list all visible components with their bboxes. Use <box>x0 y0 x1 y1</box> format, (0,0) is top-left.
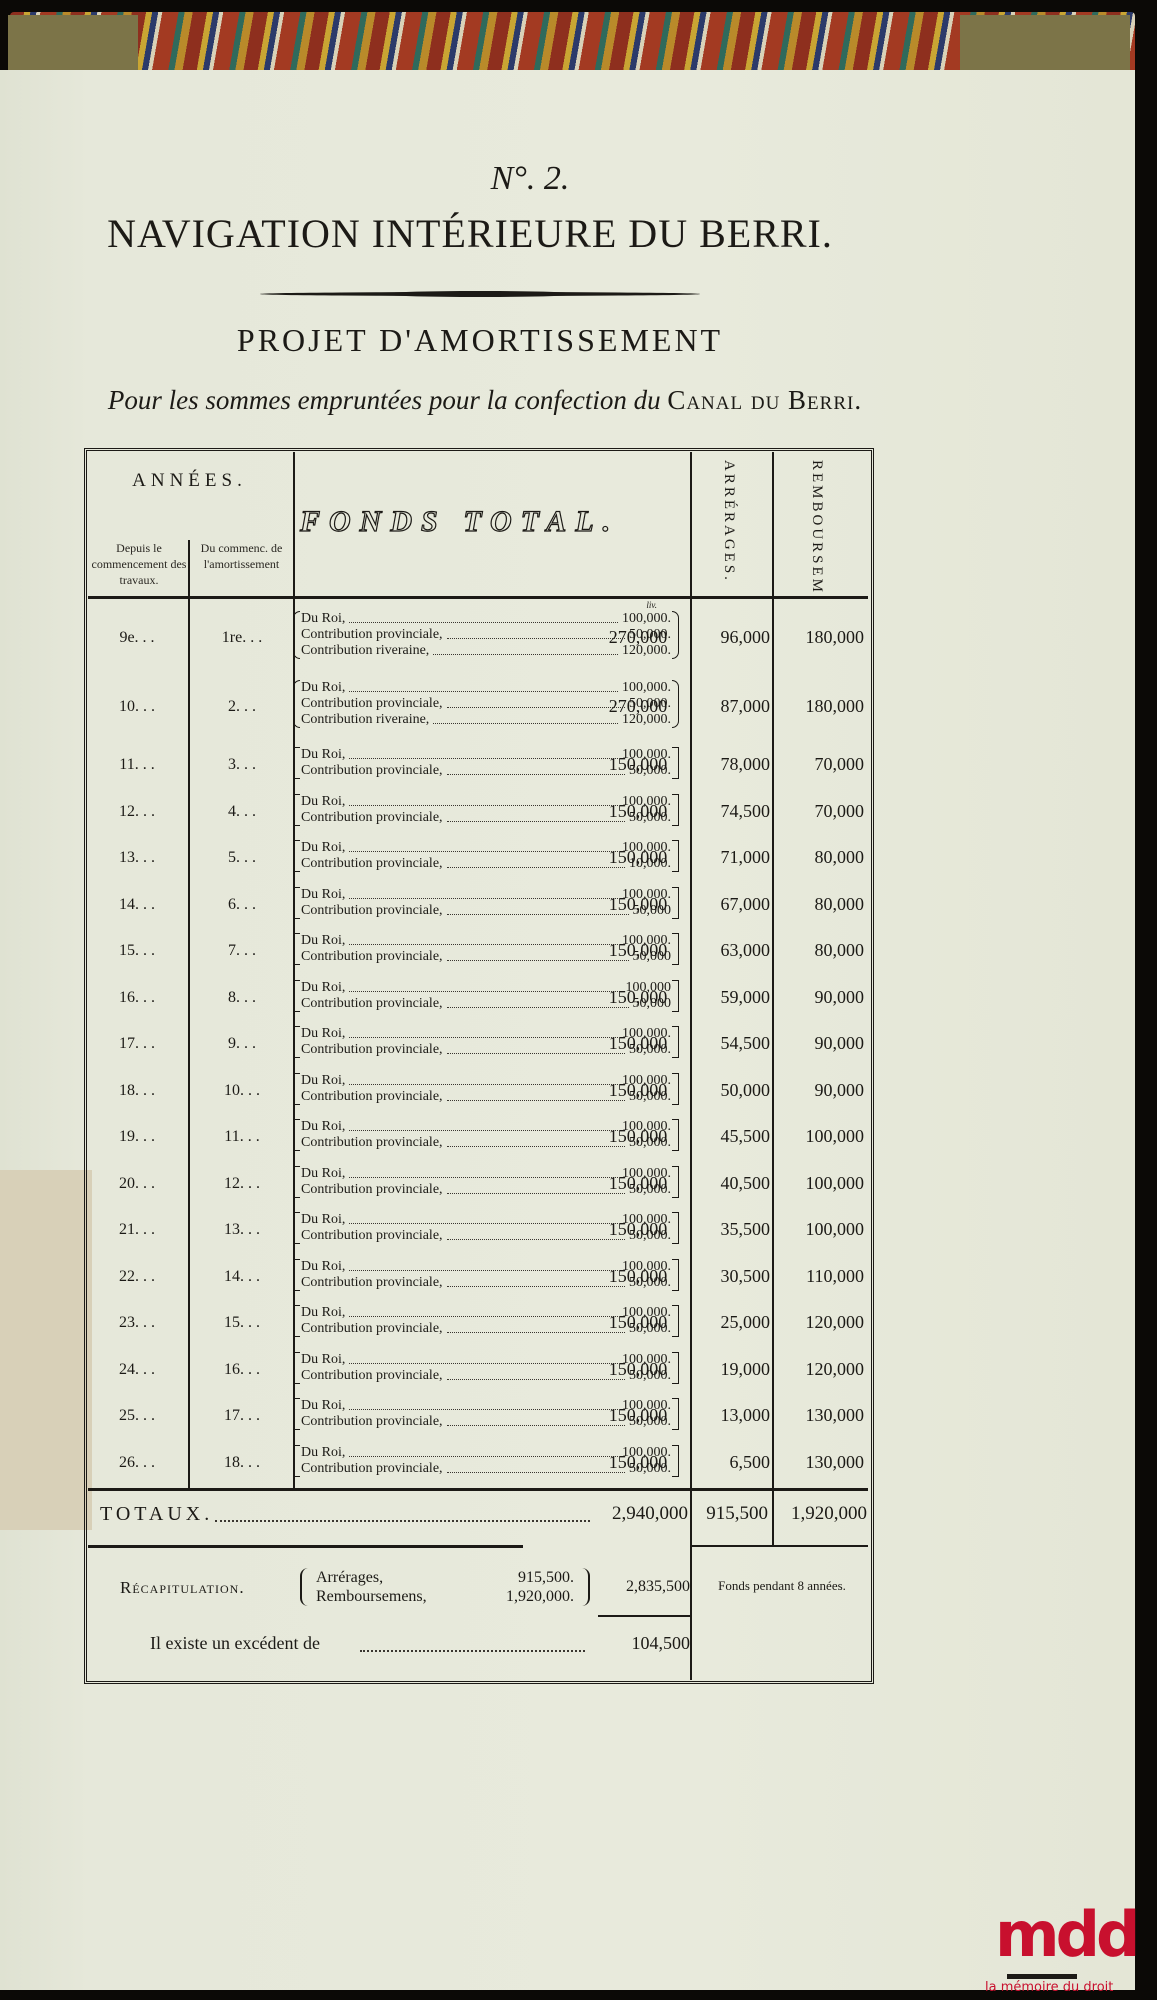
label-contrib-prov: Contribution provinciale, <box>301 1275 443 1291</box>
annee-travaux: 15. . . <box>88 942 186 960</box>
bracket-left <box>293 680 300 728</box>
label-du-roi: Du Roi, <box>301 680 345 696</box>
leader-dots <box>349 1305 618 1317</box>
arrerages-value: 35,500 <box>688 1219 770 1240</box>
label-contrib-prov: Contribution provinciale, <box>301 903 443 919</box>
leader-dots <box>349 1445 618 1457</box>
label-contrib-prov: Contribution provinciale, <box>301 1042 443 1058</box>
annee-amortissement: 4. . . <box>188 803 296 821</box>
annee-amortissement: 12. . . <box>188 1175 296 1193</box>
table-row: 14. . .6. . .Du Roi,100,000.Contribution… <box>88 883 868 929</box>
line-du-roi: Du Roi,100,000. <box>293 611 683 627</box>
header-annees: ANNÉES. <box>92 470 287 492</box>
label-contrib-riv: Contribution riveraine, <box>301 643 429 659</box>
bracket-left <box>293 1073 300 1105</box>
annee-amortissement: 10. . . <box>188 1082 296 1100</box>
annee-amortissement: 2. . . <box>188 698 296 716</box>
table-row: 19. . .11. . .Du Roi,100,000.Contributio… <box>88 1115 868 1161</box>
fonds-total-value: 150,000 <box>588 847 688 868</box>
table-row: 15. . .7. . .Du Roi,100,000.Contribution… <box>88 929 868 975</box>
arrerages-value: 87,000 <box>688 696 770 717</box>
arrerages-value: 45,500 <box>688 1126 770 1147</box>
arrerages-value: 40,500 <box>688 1173 770 1194</box>
label-du-roi: Du Roi, <box>301 1352 345 1368</box>
label-du-roi: Du Roi, <box>301 1305 345 1321</box>
fonds-total-value: 150,000 <box>588 1126 688 1147</box>
rembours-value: 120,000 <box>776 1359 864 1380</box>
annee-amortissement: 6. . . <box>188 896 296 914</box>
arrerages-value: 96,000 <box>688 627 770 648</box>
logo-tagline: la mémoire du droit <box>985 1980 1113 1995</box>
fonds-total-value: 150,000 <box>588 987 688 1008</box>
table-row: 25. . .17. . .Du Roi,100,000.Contributio… <box>88 1394 868 1440</box>
bracket-left <box>293 747 300 779</box>
table-row: 18. . .10. . .Du Roi,100,000.Contributio… <box>88 1069 868 1115</box>
arrerages-value: 71,000 <box>688 847 770 868</box>
unit-label: liv. <box>646 597 657 613</box>
label-contrib-prov: Contribution provinciale, <box>301 1368 443 1384</box>
rembours-value: 100,000 <box>776 1126 864 1147</box>
annee-amortissement: 11. . . <box>188 1128 296 1146</box>
label-contrib-prov: Contribution provinciale, <box>301 1461 443 1477</box>
annee-travaux: 16. . . <box>88 989 186 1007</box>
arrerages-value: 50,000 <box>688 1080 770 1101</box>
leader-dots <box>349 1166 618 1178</box>
fonds-total-value: 150,000 <box>588 1033 688 1054</box>
leader-dots <box>349 611 618 623</box>
document-number: N°. 2. <box>380 160 680 198</box>
rembours-value: 70,000 <box>776 754 864 775</box>
annee-amortissement: 7. . . <box>188 942 296 960</box>
table-row: 17. . .9. . .Du Roi,100,000.Contribution… <box>88 1022 868 1068</box>
bracket-left <box>293 1119 300 1151</box>
bracket-left <box>293 933 300 965</box>
table-row: 22. . .14. . .Du Roi,100,000.Contributio… <box>88 1255 868 1301</box>
label-du-roi: Du Roi, <box>301 1259 345 1275</box>
leader-dots <box>349 1073 618 1085</box>
rembours-value: 80,000 <box>776 847 864 868</box>
arrerages-value: 59,000 <box>688 987 770 1008</box>
fonds-total-value: 150,000 <box>588 801 688 822</box>
rembours-value: 90,000 <box>776 1033 864 1054</box>
recap-arrerages-value: 915,500. <box>506 1568 574 1587</box>
arrerages-value: 74,500 <box>688 801 770 822</box>
line-du-roi: Du Roi,100,000. <box>293 680 683 696</box>
rembours-value: 90,000 <box>776 987 864 1008</box>
annee-amortissement: 18. . . <box>188 1454 296 1472</box>
recap-label: Récapitulation. <box>120 1578 245 1598</box>
excedent-label: Il existe un excédent de <box>150 1633 320 1654</box>
leader-dots <box>349 887 618 899</box>
table-row: 20. . .12. . .Du Roi,100,000.Contributio… <box>88 1162 868 1208</box>
table-row: 12. . .4. . .Du Roi,100,000.Contribution… <box>88 790 868 836</box>
totaux-label: TOTAUX. <box>100 1503 213 1526</box>
label-du-roi: Du Roi, <box>301 980 345 996</box>
rembours-value: 110,000 <box>776 1266 864 1287</box>
rembours-value: 180,000 <box>776 627 864 648</box>
leader-dots <box>349 1212 618 1224</box>
fonds-total-value: 150,000 <box>588 754 688 775</box>
bracket-left <box>293 1166 300 1198</box>
recap-note: Fonds pendant 8 années. <box>696 1578 868 1594</box>
annee-travaux: 11. . . <box>88 756 186 774</box>
label-du-roi: Du Roi, <box>301 1073 345 1089</box>
arrerages-value: 19,000 <box>688 1359 770 1380</box>
arrerages-value: 6,500 <box>688 1452 770 1473</box>
annee-travaux: 13. . . <box>88 849 186 867</box>
rembours-value: 130,000 <box>776 1452 864 1473</box>
leader-dots <box>349 840 618 852</box>
label-du-roi: Du Roi, <box>301 1398 345 1414</box>
arrerages-value: 78,000 <box>688 754 770 775</box>
annee-amortissement: 15. . . <box>188 1314 296 1332</box>
mdd-logo: mdd la mémoire du droit <box>985 1900 1155 2000</box>
intro-line: Pour les sommes empruntées pour la confe… <box>70 385 900 416</box>
bracket-left <box>293 887 300 919</box>
recap-arrerages-label: Arrérages, <box>316 1568 427 1587</box>
header-divider <box>88 596 868 599</box>
table-row: 26. . .18. . .Du Roi,100,000.Contributio… <box>88 1441 868 1487</box>
label-du-roi: Du Roi, <box>301 933 345 949</box>
table-row: 23. . .15. . .Du Roi,100,000.Contributio… <box>88 1301 868 1347</box>
rembours-value: 180,000 <box>776 696 864 717</box>
annee-travaux: 20. . . <box>88 1175 186 1193</box>
rembours-value: 70,000 <box>776 801 864 822</box>
annee-amortissement: 16. . . <box>188 1361 296 1379</box>
label-du-roi: Du Roi, <box>301 1212 345 1228</box>
arrerages-value: 67,000 <box>688 894 770 915</box>
annee-travaux: 22. . . <box>88 1268 186 1286</box>
fonds-total-value: 150,000 <box>588 1173 688 1194</box>
annee-amortissement: 17. . . <box>188 1407 296 1425</box>
document-subtitle: PROJET D'AMORTISSEMENT <box>100 322 860 359</box>
totaux-arrerages: 915,500 <box>692 1503 768 1525</box>
underlying-page <box>0 1170 92 1530</box>
bracket-left <box>293 1026 300 1058</box>
value-du-roi: 100,000. <box>622 611 671 627</box>
annee-travaux: 25. . . <box>88 1407 186 1425</box>
recap-rembours-label: Remboursemens, <box>316 1587 427 1606</box>
table-row: 24. . .16. . .Du Roi,100,000.Contributio… <box>88 1348 868 1394</box>
annee-travaux: 23. . . <box>88 1314 186 1332</box>
document-title: NAVIGATION INTÉRIEURE DU BERRI. <box>40 210 900 257</box>
label-contrib-prov: Contribution provinciale, <box>301 1182 443 1198</box>
leader-dots <box>349 680 618 692</box>
bracket-left <box>293 980 300 1012</box>
fonds-total-value: 150,000 <box>588 1219 688 1240</box>
leader-dots <box>349 1119 618 1131</box>
fonds-total-value: 150,000 <box>588 1080 688 1101</box>
table-row: 16. . .8. . .Du Roi,100,000Contribution … <box>88 976 868 1022</box>
annee-travaux: 18. . . <box>88 1082 186 1100</box>
fonds-total-value: 150,000 <box>588 894 688 915</box>
annee-travaux: 10. . . <box>88 698 186 716</box>
leader-dots <box>349 794 618 806</box>
label-du-roi: Du Roi, <box>301 1119 345 1135</box>
rembours-value: 80,000 <box>776 940 864 961</box>
leader-dots <box>349 1352 618 1364</box>
label-contrib-prov: Contribution provinciale, <box>301 810 443 826</box>
label-contrib-prov: Contribution provinciale, <box>301 627 443 643</box>
recap-divider <box>88 1545 523 1548</box>
leader-dots <box>349 747 618 759</box>
arrerages-value: 13,000 <box>688 1405 770 1426</box>
table-row: 13. . .5. . .Du Roi,100,000.Contribution… <box>88 836 868 882</box>
fonds-total-value: 270,000 <box>588 627 688 648</box>
label-du-roi: Du Roi, <box>301 1166 345 1182</box>
bracket-left <box>293 840 300 872</box>
annee-amortissement: 8. . . <box>188 989 296 1007</box>
label-du-roi: Du Roi, <box>301 840 345 856</box>
annee-amortissement: 9. . . <box>188 1035 296 1053</box>
annee-amortissement: 5. . . <box>188 849 296 867</box>
leader-dots <box>349 933 618 945</box>
label-du-roi: Du Roi, <box>301 1445 345 1461</box>
annee-amortissement: 13. . . <box>188 1221 296 1239</box>
annee-travaux: 19. . . <box>88 1128 186 1146</box>
bracket-left <box>293 1259 300 1291</box>
label-du-roi: Du Roi, <box>301 1026 345 1042</box>
label-contrib-prov: Contribution provinciale, <box>301 996 443 1012</box>
intro-canal-name: Canal du Berri. <box>667 385 862 415</box>
rembours-value: 130,000 <box>776 1405 864 1426</box>
fonds-total-value: 150,000 <box>588 1359 688 1380</box>
logo-wordmark: mdd <box>995 1900 1136 1970</box>
leader-dots <box>349 1398 618 1410</box>
recap-breakdown: Arrérages, Remboursemens, 915,500. 1,920… <box>300 1568 590 1606</box>
totaux-rembours: 1,920,000 <box>775 1503 867 1525</box>
annee-travaux: 14. . . <box>88 896 186 914</box>
excedent-value: 104,500 <box>590 1633 690 1654</box>
bracket-left <box>293 611 300 659</box>
table-row: 21. . .13. . .Du Roi,100,000.Contributio… <box>88 1208 868 1254</box>
rembours-value: 80,000 <box>776 894 864 915</box>
title-rule-swell <box>380 291 580 297</box>
leader-dots <box>349 1259 618 1271</box>
intro-italic: Pour les sommes empruntées pour la confe… <box>108 385 661 415</box>
annee-travaux: 12. . . <box>88 803 186 821</box>
label-du-roi: Du Roi, <box>301 611 345 627</box>
fonds-total-value: 150,000 <box>588 1266 688 1287</box>
label-du-roi: Du Roi, <box>301 887 345 903</box>
fonds-total-value: 150,000 <box>588 940 688 961</box>
bracket-left <box>293 1445 300 1477</box>
totaux-fonds: 2,940,000 <box>590 1503 688 1525</box>
table-row: 10. . .2. . .Du Roi,100,000.Contribution… <box>88 674 868 742</box>
rembours-value: 90,000 <box>776 1080 864 1101</box>
arrerages-value: 54,500 <box>688 1033 770 1054</box>
table-row: 9e. . .1re. . .liv.Du Roi,100,000.Contri… <box>88 605 868 673</box>
fonds-total-value: 150,000 <box>588 1312 688 1333</box>
bracket-left <box>293 1212 300 1244</box>
label-contrib-prov: Contribution provinciale, <box>301 949 443 965</box>
label-du-roi: Du Roi, <box>301 794 345 810</box>
header-arrerages: ARRÉRAGES. <box>720 460 737 590</box>
label-contrib-prov: Contribution provinciale, <box>301 1228 443 1244</box>
bracket-left <box>293 1305 300 1337</box>
annee-travaux: 21. . . <box>88 1221 186 1239</box>
header-du-commencement: Du commenc. de l'amortissement <box>190 540 293 572</box>
label-du-roi: Du Roi, <box>301 747 345 763</box>
label-contrib-prov: Contribution provinciale, <box>301 763 443 779</box>
annee-travaux: 26. . . <box>88 1454 186 1472</box>
leader-dots <box>349 1026 618 1038</box>
rembours-value: 100,000 <box>776 1219 864 1240</box>
fonds-total-value: 150,000 <box>588 1452 688 1473</box>
annee-amortissement: 3. . . <box>188 756 296 774</box>
value-du-roi: 100,000. <box>622 680 671 696</box>
header-depuis-travaux: Depuis le commencement des travaux. <box>90 540 188 588</box>
rembours-value: 120,000 <box>776 1312 864 1333</box>
totals-divider <box>88 1488 868 1491</box>
annee-travaux: 17. . . <box>88 1035 186 1053</box>
header-rembours: REMBOURSEM. <box>808 460 825 590</box>
recap-divider-right <box>690 1545 868 1547</box>
label-contrib-prov: Contribution provinciale, <box>301 1089 443 1105</box>
leader-dots <box>349 980 621 992</box>
recap-total-underline <box>598 1615 690 1617</box>
label-contrib-prov: Contribution provinciale, <box>301 696 443 712</box>
table-row: 11. . .3. . .Du Roi,100,000.Contribution… <box>88 743 868 789</box>
label-contrib-prov: Contribution provinciale, <box>301 1135 443 1151</box>
label-contrib-prov: Contribution provinciale, <box>301 856 443 872</box>
arrerages-value: 25,000 <box>688 1312 770 1333</box>
label-contrib-riv: Contribution riveraine, <box>301 712 429 728</box>
rembours-value: 100,000 <box>776 1173 864 1194</box>
fonds-total-value: 150,000 <box>588 1405 688 1426</box>
annee-amortissement: 1re. . . <box>188 629 296 647</box>
bracket-left <box>293 1398 300 1430</box>
arrerages-value: 30,500 <box>688 1266 770 1287</box>
totaux-leader-dots <box>215 1520 590 1522</box>
header-fonds-total: FONDS TOTAL. <box>300 505 685 539</box>
arrerages-value: 63,000 <box>688 940 770 961</box>
annee-amortissement: 14. . . <box>188 1268 296 1286</box>
excedent-leader-dots <box>360 1650 585 1652</box>
bracket-left <box>293 794 300 826</box>
recap-rembours-value: 1,920,000. <box>506 1587 574 1606</box>
label-contrib-prov: Contribution provinciale, <box>301 1414 443 1430</box>
annee-travaux: 9e. . . <box>88 629 186 647</box>
recap-total: 2,835,500 <box>590 1578 690 1596</box>
fonds-total-value: 270,000 <box>588 696 688 717</box>
logo-bar <box>1007 1974 1077 1979</box>
annee-travaux: 24. . . <box>88 1361 186 1379</box>
label-contrib-prov: Contribution provinciale, <box>301 1321 443 1337</box>
bracket-left <box>293 1352 300 1384</box>
